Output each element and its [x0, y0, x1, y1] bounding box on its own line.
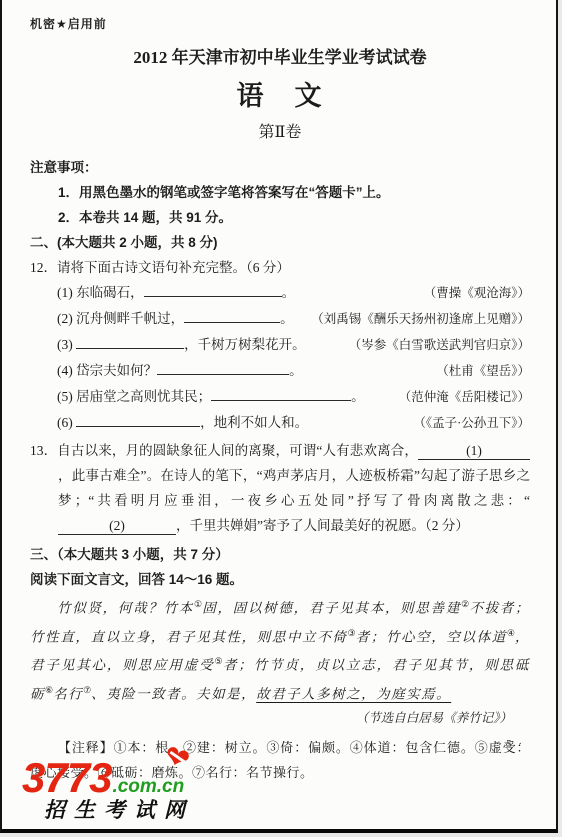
logo-caption: 招生考试网	[22, 798, 232, 823]
fill-blank-row: (3) ，千树万树梨花开。（岑参《白雪歌送武判官归京》）	[30, 332, 530, 358]
poem-source: （曹操《观沧海》）	[424, 281, 530, 306]
question-13: 13．自古以来，月的圆缺象征人间的离聚，可谓“人有悲欢离合，(1)，此事古难全”…	[30, 438, 530, 538]
confidential-label: 机密★启用前	[30, 12, 530, 37]
fill-blank-row: (6) ，地利不如人和。（《孟子·公孙丑下》）	[30, 410, 530, 436]
subject-title: 语 文	[30, 79, 530, 113]
fill-blank-row: (4) 岱宗夫如何？。（杜甫《望岳》）	[30, 358, 530, 384]
fill-blank-row: (5) 居庙堂之高则忧其民；。（范仲淹《岳阳楼记》）	[30, 384, 530, 410]
question-12-stem: 12．请将下面古诗文语句补充完整。（6 分）	[30, 255, 530, 280]
notes-heading: 注意事项：	[30, 155, 530, 180]
fill-blank-row: (2) 沉舟侧畔千帆过，。（刘禹锡《酬乐天扬州初逢席上见赠》）	[30, 306, 530, 332]
fill-blank-text: (4) 岱宗夫如何？。	[57, 358, 303, 383]
answer-blank[interactable]: (2)	[58, 518, 176, 535]
answer-blank[interactable]	[76, 334, 184, 349]
answer-blank[interactable]	[157, 360, 289, 375]
exam-paper-page: 机密★启用前 2012 年天津市初中毕业生学业考试试卷 语 文 第Ⅱ卷 注意事项…	[0, 0, 558, 833]
exam-title: 2012 年天津市初中毕业生学业考试试卷	[30, 45, 530, 71]
section3-heading: 三、（本大题共 3 小题，共 7 分）	[30, 542, 530, 567]
underlined-clause: 故君子人多树之，为庭实焉。	[256, 686, 451, 701]
section2-heading: 二、(本大题共 2 小题，共 8 分)	[30, 230, 530, 255]
section3-intro: 阅读下面文言文，回答 14～16 题。	[30, 567, 530, 592]
classical-passage: 竹似贤，何哉？竹本①固，固以树德，君子见其本，则思善建②不拔者；竹性直，直以立身…	[30, 592, 530, 706]
fill-blank-row: (1) 东临碣石，。（曹操《观沧海》）	[30, 280, 530, 306]
answer-blank[interactable]	[184, 308, 280, 323]
passage-source: （节选自白居易《养竹记》）	[30, 706, 530, 731]
note-item-2: 2．本卷共 14 题，共 91 分。	[30, 205, 530, 230]
fill-blank-text: (5) 居庙堂之高则忧其民；。	[57, 384, 365, 409]
poem-source: （《孟子·公孙丑下》）	[413, 411, 530, 436]
fill-blank-text: (1) 东临碣石，。	[57, 280, 295, 305]
note-mark: ④	[507, 628, 515, 638]
fill-blank-text: (2) 沉舟侧畔千帆过，。	[57, 306, 294, 331]
logo-number: 3773	[22, 760, 111, 796]
poem-source: （杜甫《望岳》）	[436, 359, 530, 384]
poem-source: （刘禹锡《酬乐天扬州初逢席上见赠》）	[311, 307, 530, 332]
note-mark: ⑥	[45, 685, 53, 695]
poem-source: （岑参《白雪歌送武判官归京》）	[349, 333, 530, 358]
note-mark: ⑦	[83, 685, 91, 695]
answer-blank[interactable]	[211, 386, 351, 401]
note-mark: ①	[194, 599, 202, 609]
answer-blank[interactable]: (1)	[418, 443, 530, 460]
volume-title: 第Ⅱ卷	[30, 121, 530, 145]
answer-blank[interactable]	[144, 282, 282, 297]
logo-domain: .com.cn	[112, 777, 184, 796]
note-mark: ⑤	[214, 656, 222, 666]
fill-blank-text: (3) ，千树万树梨花开。	[57, 332, 306, 357]
note-item-1: 1．用黑色墨水的钢笔或签字笔将答案写在“答题卡”上。	[30, 180, 530, 205]
page-number: · 5 ·	[496, 732, 524, 757]
answer-blank[interactable]	[76, 412, 200, 427]
question-12-items: (1) 东临碣石，。（曹操《观沧海》）(2) 沉舟侧畔千帆过，。（刘禹锡《酬乐天…	[30, 280, 530, 436]
site-watermark-logo[interactable]: 3773 .com.cn ❤ 招生考试网	[22, 760, 232, 823]
poem-source: （范仲淹《岳阳楼记》）	[399, 385, 530, 410]
fill-blank-text: (6) ，地利不如人和。	[57, 410, 308, 435]
note-mark: ③	[347, 628, 355, 638]
note-mark: ②	[461, 599, 469, 609]
